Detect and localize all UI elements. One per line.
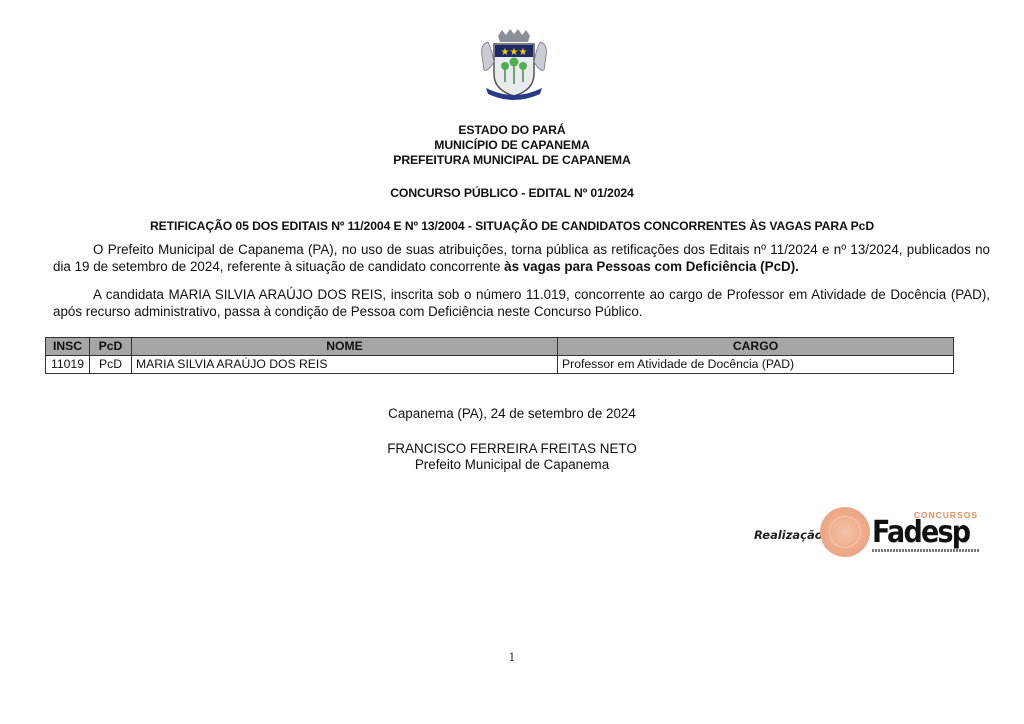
paragraph-2: A candidata MARIA SILVIA ARAÚJO DOS REIS… bbox=[53, 286, 990, 320]
col-pcd: PcD bbox=[90, 338, 132, 356]
paragraph-1: O Prefeito Municipal de Capanema (PA), n… bbox=[53, 241, 990, 275]
fadesp-logo: CONCURSOS Fadesp bbox=[872, 510, 984, 552]
page-number: 1 bbox=[0, 651, 1024, 664]
place-date: Capanema (PA), 24 de setembro de 2024 bbox=[0, 406, 1024, 422]
brand-name: Fadesp bbox=[872, 520, 973, 546]
cell-pcd: PcD bbox=[90, 356, 132, 374]
edital-title: CONCURSO PÚBLICO - EDITAL Nº 01/2024 bbox=[0, 186, 1024, 201]
fadesp-seal-icon bbox=[820, 507, 870, 557]
cell-nome: MARIA SILVIA ARAÚJO DOS REIS bbox=[132, 356, 558, 374]
table-header-row: INSC PcD NOME CARGO bbox=[46, 338, 954, 356]
col-nome: NOME bbox=[132, 338, 558, 356]
col-insc: INSC bbox=[46, 338, 90, 356]
cell-insc: 11019 bbox=[46, 356, 90, 374]
municipality-line: MUNICÍPIO DE CAPANEMA bbox=[0, 138, 1024, 153]
cell-cargo: Professor em Atividade de Docência (PAD) bbox=[558, 356, 954, 374]
retificacao-title: RETIFICAÇÃO 05 DOS EDITAIS Nº 11/2004 E … bbox=[0, 219, 1024, 234]
coat-of-arms-icon: ★★★ bbox=[478, 26, 550, 102]
col-cargo: CARGO bbox=[558, 338, 954, 356]
state-line: ESTADO DO PARÁ bbox=[0, 123, 1024, 138]
paragraph-1-bold: às vagas para Pessoas com Deficiência (P… bbox=[504, 259, 799, 274]
table-row: 11019 PcD MARIA SILVIA ARAÚJO DOS REIS P… bbox=[46, 356, 954, 374]
svg-text:★★★: ★★★ bbox=[501, 47, 528, 58]
prefecture-line: PREFEITURA MUNICIPAL DE CAPANEMA bbox=[0, 153, 1024, 168]
realizacao-label: Realização: bbox=[754, 528, 827, 542]
signatory-name: FRANCISCO FERREIRA FREITAS NETO bbox=[0, 441, 1024, 457]
paragraph-2-text: A candidata MARIA SILVIA ARAÚJO DOS REIS… bbox=[53, 287, 990, 319]
signatory-title: Prefeito Municipal de Capanema bbox=[0, 457, 1024, 473]
header-lines: ESTADO DO PARÁ MUNICÍPIO DE CAPANEMA PRE… bbox=[0, 123, 1024, 168]
candidates-table: INSC PcD NOME CARGO 11019 PcD MARIA SILV… bbox=[45, 337, 954, 374]
